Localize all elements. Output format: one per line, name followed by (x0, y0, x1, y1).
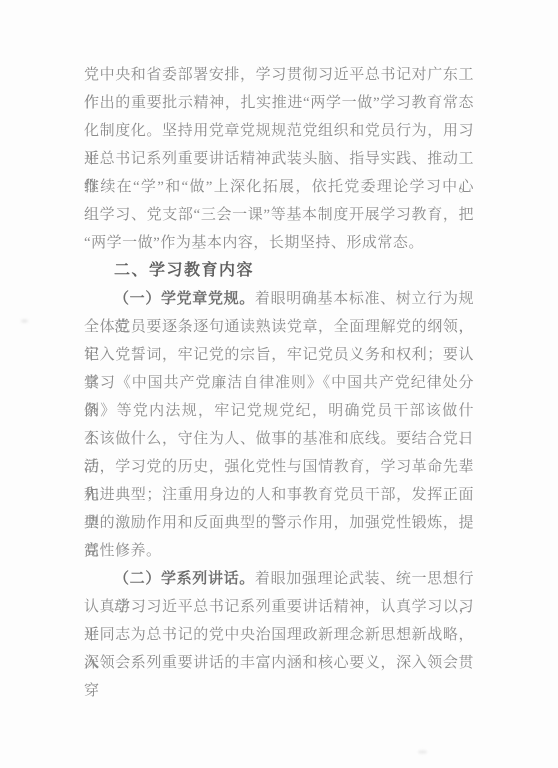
text-line: 记入党誓词，牢记党的宗旨，牢记党员义务和权利；要认真 (84, 341, 474, 369)
text-segment: 二、学习教育内容 (114, 262, 254, 279)
text-segment: 入领会系列重要讲话的丰富内涵和核心要义，深入领会贯穿 (84, 655, 474, 699)
text-segment: 党性修养。 (84, 543, 162, 559)
text-line: 党性修养。 (84, 537, 474, 565)
text-line: 作出的重要批示精神，扎实推进“两学一做”学习教育常态 (84, 89, 474, 117)
text-line: 化制度化。坚持用党章党规规范党组织和党员行为，用习近 (84, 117, 474, 145)
text-segment: 继续在“学”和“做”上深化拓展，依托党委理论学习中心 (84, 179, 474, 195)
text-line: 例》等党内法规，牢记党规党纪，明确党员干部该做什么、 (84, 397, 474, 425)
text-segment: “两学一做”作为基本内容，长期坚持、形成常态。 (84, 235, 424, 251)
paragraph-lead: （二）学系列讲话。 (114, 571, 255, 587)
text-line: 全体党员要逐条逐句通读熟读党章，全面理解党的纲领，牢 (84, 313, 474, 341)
document-page: 党中央和省委部署安排，学习贯彻习近平总书记对广东工作作出的重要批示精神，扎实推进… (0, 0, 558, 768)
text-line: 继续在“学”和“做”上深化拓展，依托党委理论学习中心 (84, 173, 474, 201)
section-heading: 二、学习教育内容 (84, 257, 474, 285)
text-line: （一）学党章党规。着眼明确基本标准、树立行为规范， (84, 285, 474, 313)
paragraph-lead: （一）学党章党规。 (114, 291, 255, 307)
text-line: 学习《中国共产党廉洁自律准则》《中国共产党纪律处分条 (84, 369, 474, 397)
scan-smudge (418, 750, 427, 754)
text-line: 党中央和省委部署安排，学习贯彻习近平总书记对广东工作 (84, 61, 474, 89)
text-column: 党中央和省委部署安排，学习贯彻习近平总书记对广东工作作出的重要批示精神，扎实推进… (84, 61, 474, 677)
text-segment: 组学习、党支部“三会一课”等基本制度开展学习教育，把 (84, 207, 474, 223)
scan-smudge (21, 319, 28, 323)
text-line: 认真学习习近平总书记系列重要讲话精神，认真学习以习近 (84, 593, 474, 621)
text-line: 动，学习党的历史，强化党性与国情教育，学习革命先辈和 (84, 453, 474, 481)
text-line: 先进典型；注重用身边的人和事教育党员干部，发挥正面典 (84, 481, 474, 509)
text-segment: 作出的重要批示精神，扎实推进“两学一做”学习教育常态 (84, 95, 474, 111)
text-line: 型的激励作用和反面典型的警示作用，加强党性锻炼，提高 (84, 509, 474, 537)
text-line: “两学一做”作为基本内容，长期坚持、形成常态。 (84, 229, 474, 257)
text-line: （二）学系列讲话。着眼加强理论武装、统一思想行动， (84, 565, 474, 593)
text-line: 平总书记系列重要讲话精神武装头脑、指导实践、推动工作。 (84, 145, 474, 173)
text-line: 不该做什么，守住为人、做事的基准和底线。要结合党日活 (84, 425, 474, 453)
text-line: 组学习、党支部“三会一课”等基本制度开展学习教育，把 (84, 201, 474, 229)
text-line: 入领会系列重要讲话的丰富内涵和核心要义，深入领会贯穿 (84, 649, 474, 677)
text-line: 平同志为总书记的党中央治国理政新理念新思想新战略，深 (84, 621, 474, 649)
